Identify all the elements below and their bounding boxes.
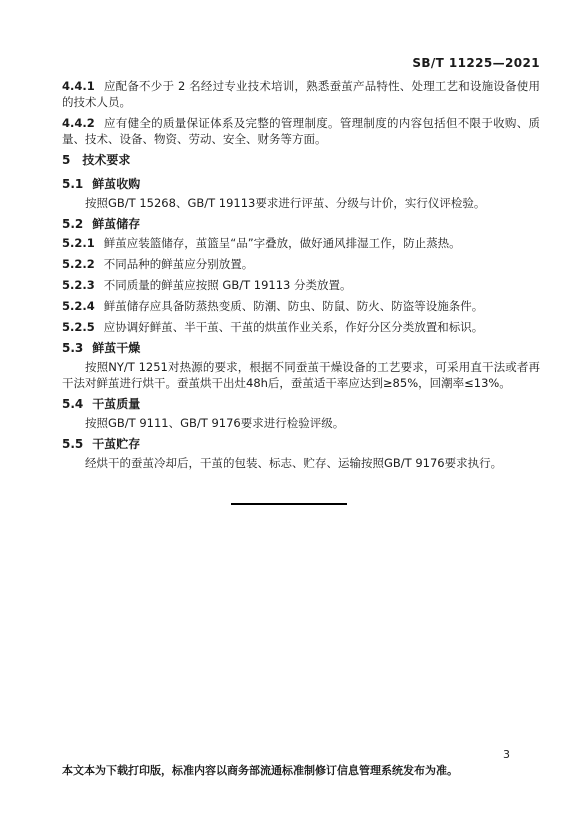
clause-number: 5.2.2 bbox=[62, 257, 95, 271]
clause-number: 5.4 bbox=[62, 397, 83, 411]
end-of-document-rule bbox=[231, 503, 347, 505]
clause-number: 5.2.4 bbox=[62, 299, 95, 313]
section-heading-5.4: 5.4干茧质量 bbox=[62, 396, 540, 412]
clause-text: 不同品种的鲜茧应分别放置。 bbox=[104, 257, 254, 271]
clause-5.2.3: 5.2.3不同质量的鲜茧应按照 GB/T 19113 分类放置。 bbox=[62, 277, 540, 293]
clause-number: 4.4.2 bbox=[62, 116, 95, 130]
section-heading-5.1: 5.1鲜茧收购 bbox=[62, 176, 540, 192]
clause-number: 5.2.3 bbox=[62, 278, 95, 292]
paragraph: 按照GB/T 15268、GB/T 19113要求进行评茧、分级与计价，实行仪评… bbox=[62, 195, 540, 211]
clause-5.2.4: 5.2.4鲜茧储存应具备防蒸热变质、防潮、防虫、防鼠、防火、防盗等设施条件。 bbox=[62, 298, 540, 314]
clause-text: 经烘干的蚕茧冷却后，干茧的包装、标志、贮存、运输按照GB/T 9176要求执行。 bbox=[85, 456, 502, 470]
clause-text: 按照NY/T 1251对热源的要求，根据不同蚕茧干燥设备的工艺要求，可采用直干法… bbox=[62, 360, 540, 390]
clause-text: 按照GB/T 15268、GB/T 19113要求进行评茧、分级与计价，实行仪评… bbox=[85, 196, 485, 210]
section-heading-5.2: 5.2鲜茧储存 bbox=[62, 216, 540, 232]
clause-text: 干茧贮存 bbox=[92, 437, 140, 451]
clause-text: 干茧质量 bbox=[92, 397, 140, 411]
footer-disclaimer: 本文本为下载打印版，标准内容以商务部流通标准制修订信息管理系统发布为准。 bbox=[62, 762, 540, 778]
paragraph: 经烘干的蚕茧冷却后，干茧的包装、标志、贮存、运输按照GB/T 9176要求执行。 bbox=[62, 455, 540, 471]
page-number: 3 bbox=[503, 748, 510, 761]
clause-text: 鲜茧干燥 bbox=[92, 341, 140, 355]
clause-text: 鲜茧收购 bbox=[92, 177, 140, 191]
clause-text: 不同质量的鲜茧应按照 GB/T 19113 分类放置。 bbox=[104, 278, 352, 292]
clause-number: 5.2 bbox=[62, 217, 83, 231]
clause-text: 按照GB/T 9111、GB/T 9176要求进行检验评级。 bbox=[85, 416, 344, 430]
clause-number: 5.3 bbox=[62, 341, 83, 355]
standard-number: SB/T 11225—2021 bbox=[412, 56, 540, 70]
clause-number: 4.4.1 bbox=[62, 79, 95, 93]
clause-number: 5.2.1 bbox=[62, 236, 95, 250]
clause-number: 5.2.5 bbox=[62, 320, 95, 334]
clause-5.2.1: 5.2.1鲜茧应装篮储存，茧篮呈“品”字叠放，做好通风排湿工作，防止蒸热。 bbox=[62, 235, 540, 251]
document-body: 4.4.1应配备不少于 2 名经过专业技术培训，熟悉蚕茧产品特性、处理工艺和设施… bbox=[62, 78, 540, 476]
clause-4.4.1: 4.4.1应配备不少于 2 名经过专业技术培训，熟悉蚕茧产品特性、处理工艺和设施… bbox=[62, 78, 540, 110]
clause-text: 应配备不少于 2 名经过专业技术培训，熟悉蚕茧产品特性、处理工艺和设施设备使用的… bbox=[62, 79, 540, 109]
section-heading-5.5: 5.5干茧贮存 bbox=[62, 436, 540, 452]
clause-text: 鲜茧储存应具备防蒸热变质、防潮、防虫、防鼠、防火、防盗等设施条件。 bbox=[104, 299, 484, 313]
clause-number: 5 bbox=[62, 153, 70, 167]
chapter-heading-5: 5技术要求 bbox=[62, 152, 540, 168]
clause-number: 5.1 bbox=[62, 177, 83, 191]
clause-text: 应有健全的质量保证体系及完整的管理制度。管理制度的内容包括但不限于收购、质量、技… bbox=[62, 116, 540, 146]
standard-document-page: SB/T 11225—2021 4.4.1应配备不少于 2 名经过专业技术培训，… bbox=[0, 0, 578, 828]
clause-5.2.5: 5.2.5应协调好鲜茧、半干茧、干茧的烘茧作业关系，作好分区分类放置和标识。 bbox=[62, 319, 540, 335]
clause-text: 鲜茧储存 bbox=[92, 217, 140, 231]
clause-5.2.2: 5.2.2不同品种的鲜茧应分别放置。 bbox=[62, 256, 540, 272]
clause-text: 应协调好鲜茧、半干茧、干茧的烘茧作业关系，作好分区分类放置和标识。 bbox=[104, 320, 484, 334]
section-heading-5.3: 5.3鲜茧干燥 bbox=[62, 340, 540, 356]
clause-text: 鲜茧应装篮储存，茧篮呈“品”字叠放，做好通风排湿工作，防止蒸热。 bbox=[104, 236, 461, 250]
document-header: SB/T 11225—2021 bbox=[62, 56, 540, 70]
clause-text: 技术要求 bbox=[82, 153, 130, 167]
paragraph: 按照NY/T 1251对热源的要求，根据不同蚕茧干燥设备的工艺要求，可采用直干法… bbox=[62, 359, 540, 391]
clause-4.4.2: 4.4.2应有健全的质量保证体系及完整的管理制度。管理制度的内容包括但不限于收购… bbox=[62, 115, 540, 147]
paragraph: 按照GB/T 9111、GB/T 9176要求进行检验评级。 bbox=[62, 415, 540, 431]
clause-number: 5.5 bbox=[62, 437, 83, 451]
